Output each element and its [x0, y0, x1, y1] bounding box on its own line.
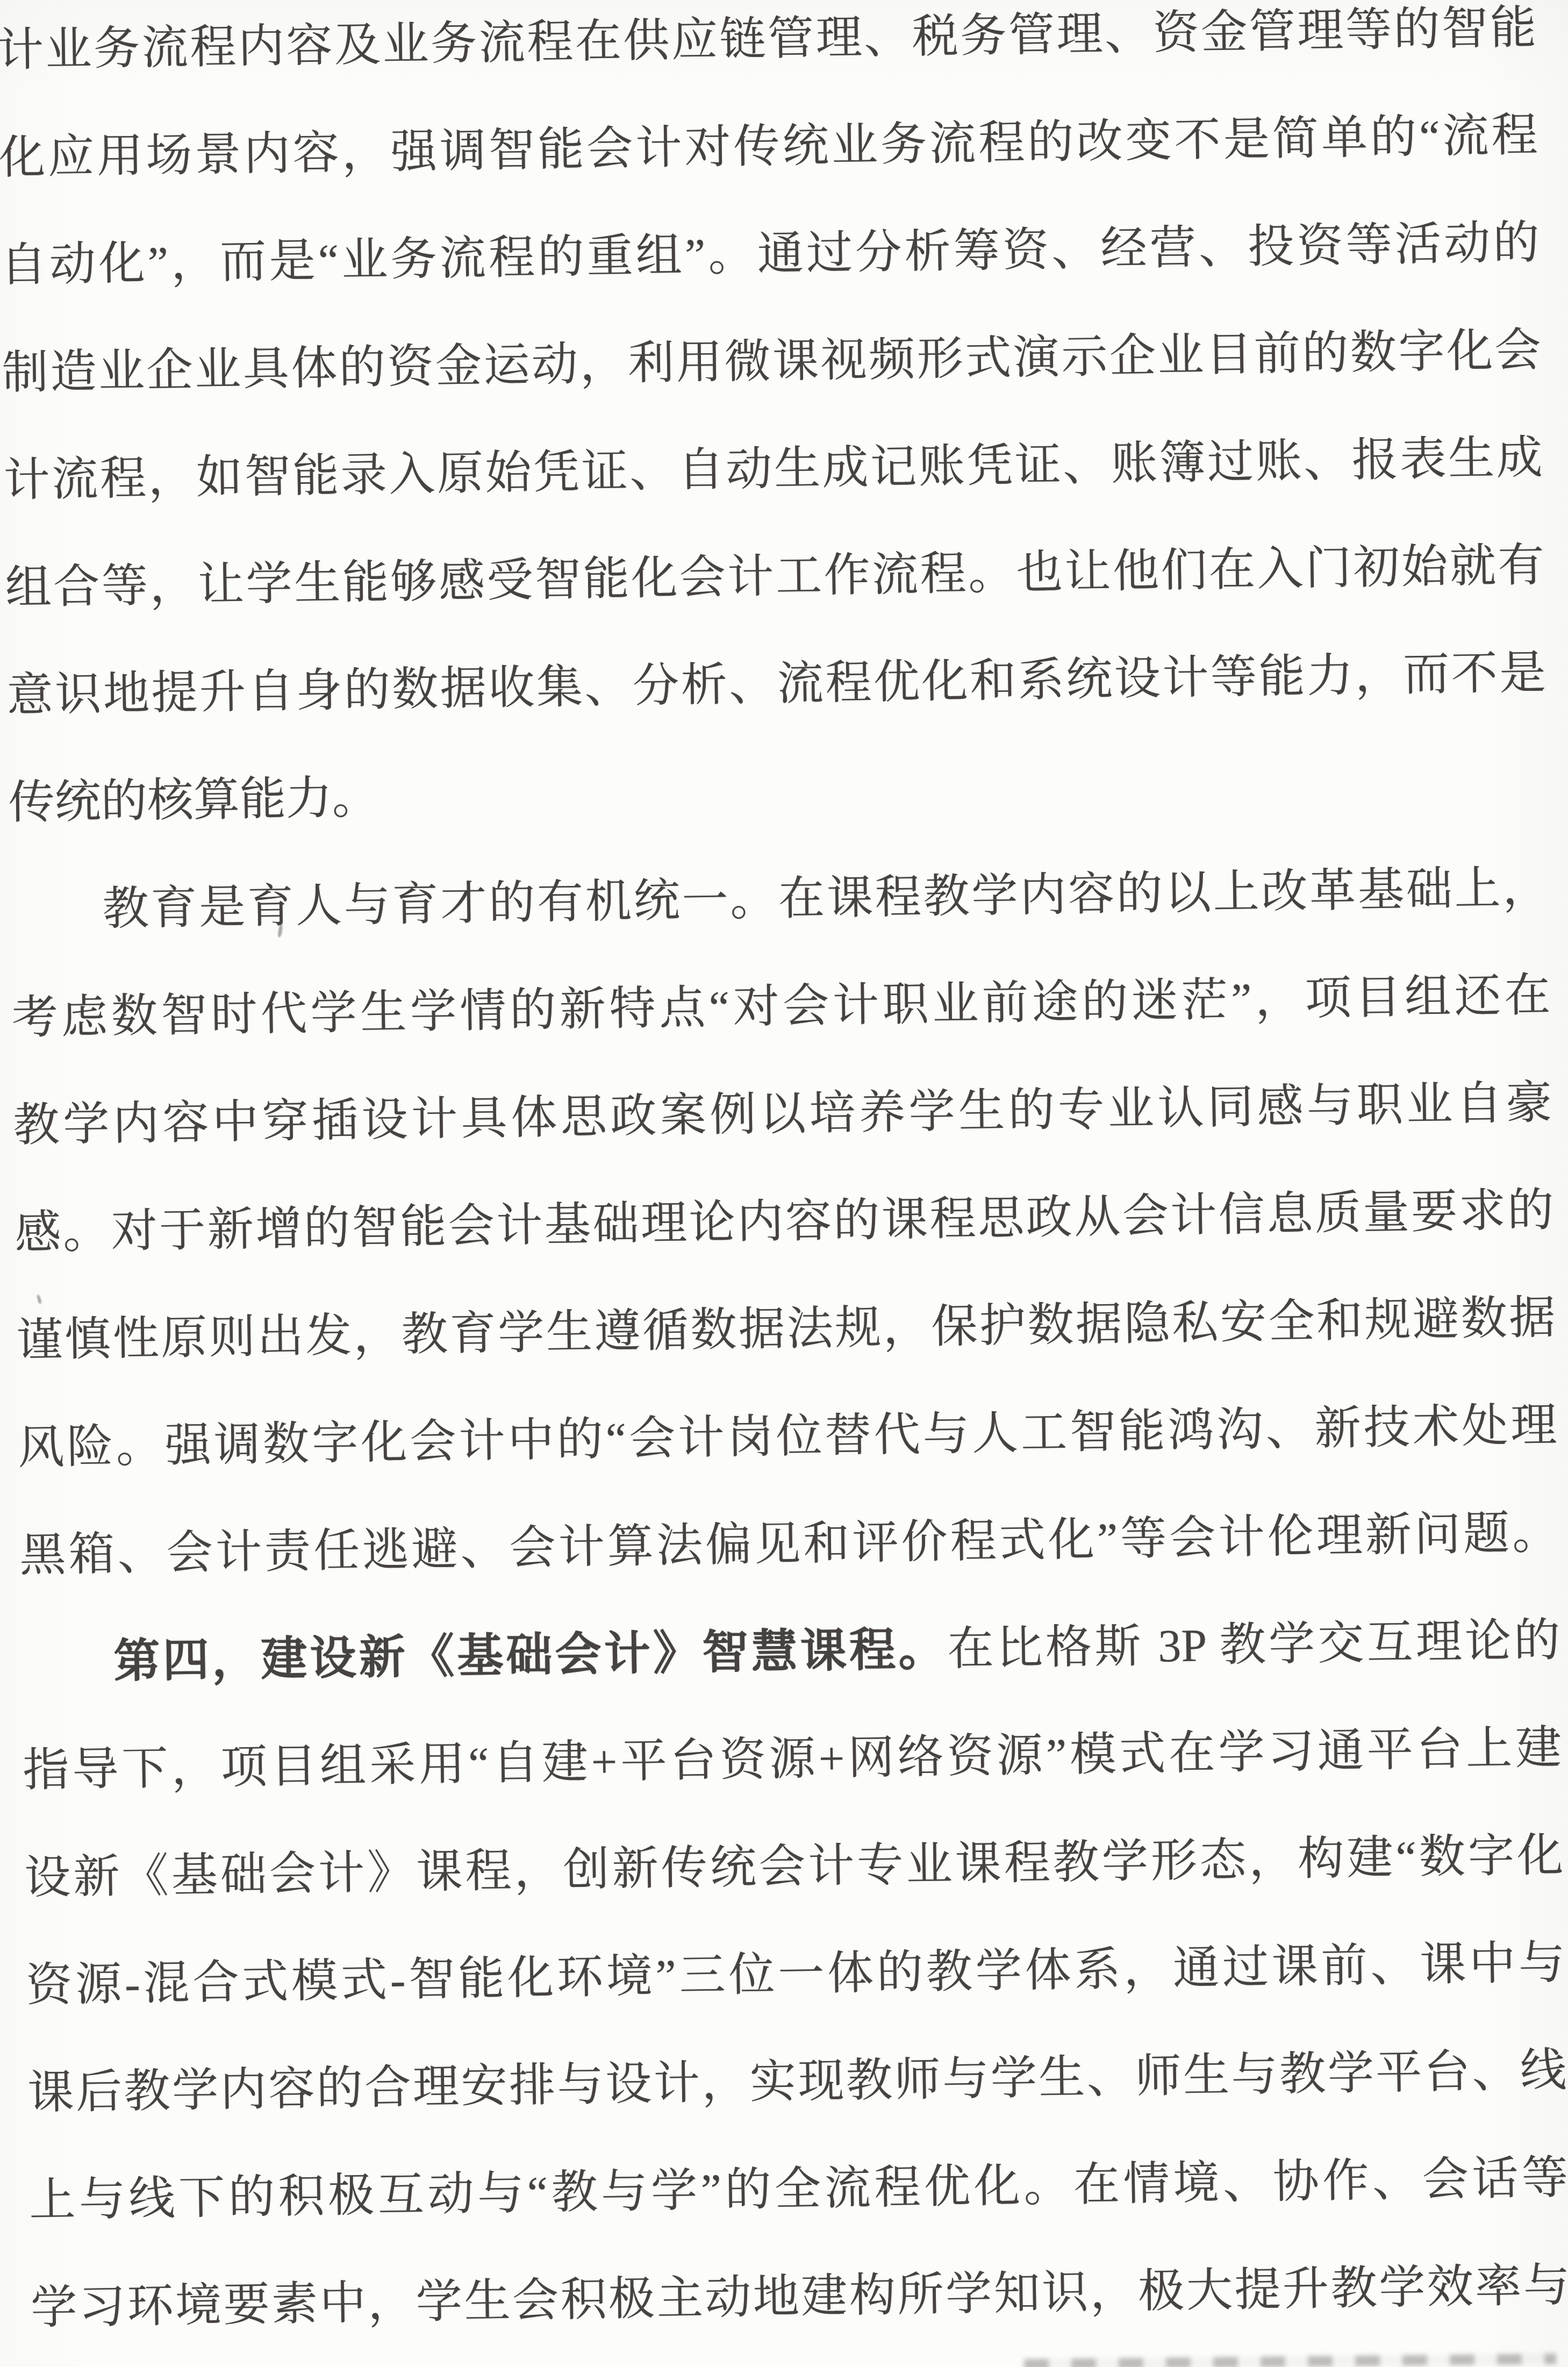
text-line: 意识地提升自身的数据收集、分析、流程优化和系统设计等能力，而不是: [6, 619, 1546, 749]
page-text-block: 计业务流程内容及业务流程在供应链管理、税务管理、资金管理等的智能 化应用场景内容…: [0, 0, 1568, 2362]
document-page: 计业务流程内容及业务流程在供应链管理、税务管理、资金管理等的智能 化应用场景内容…: [0, 0, 1568, 2367]
text-line: 学习环境要素中，学生会积极主动地建构所学知识，极大提升教学效率与: [30, 2232, 1568, 2362]
regular-run: 在比格斯 3P 教学交互理论的: [947, 1614, 1560, 1675]
cutoff-next-line-fragment: [1024, 2354, 1556, 2367]
bold-heading-run: 第四，建设新《基础会计》智慧课程。: [113, 1624, 948, 1687]
